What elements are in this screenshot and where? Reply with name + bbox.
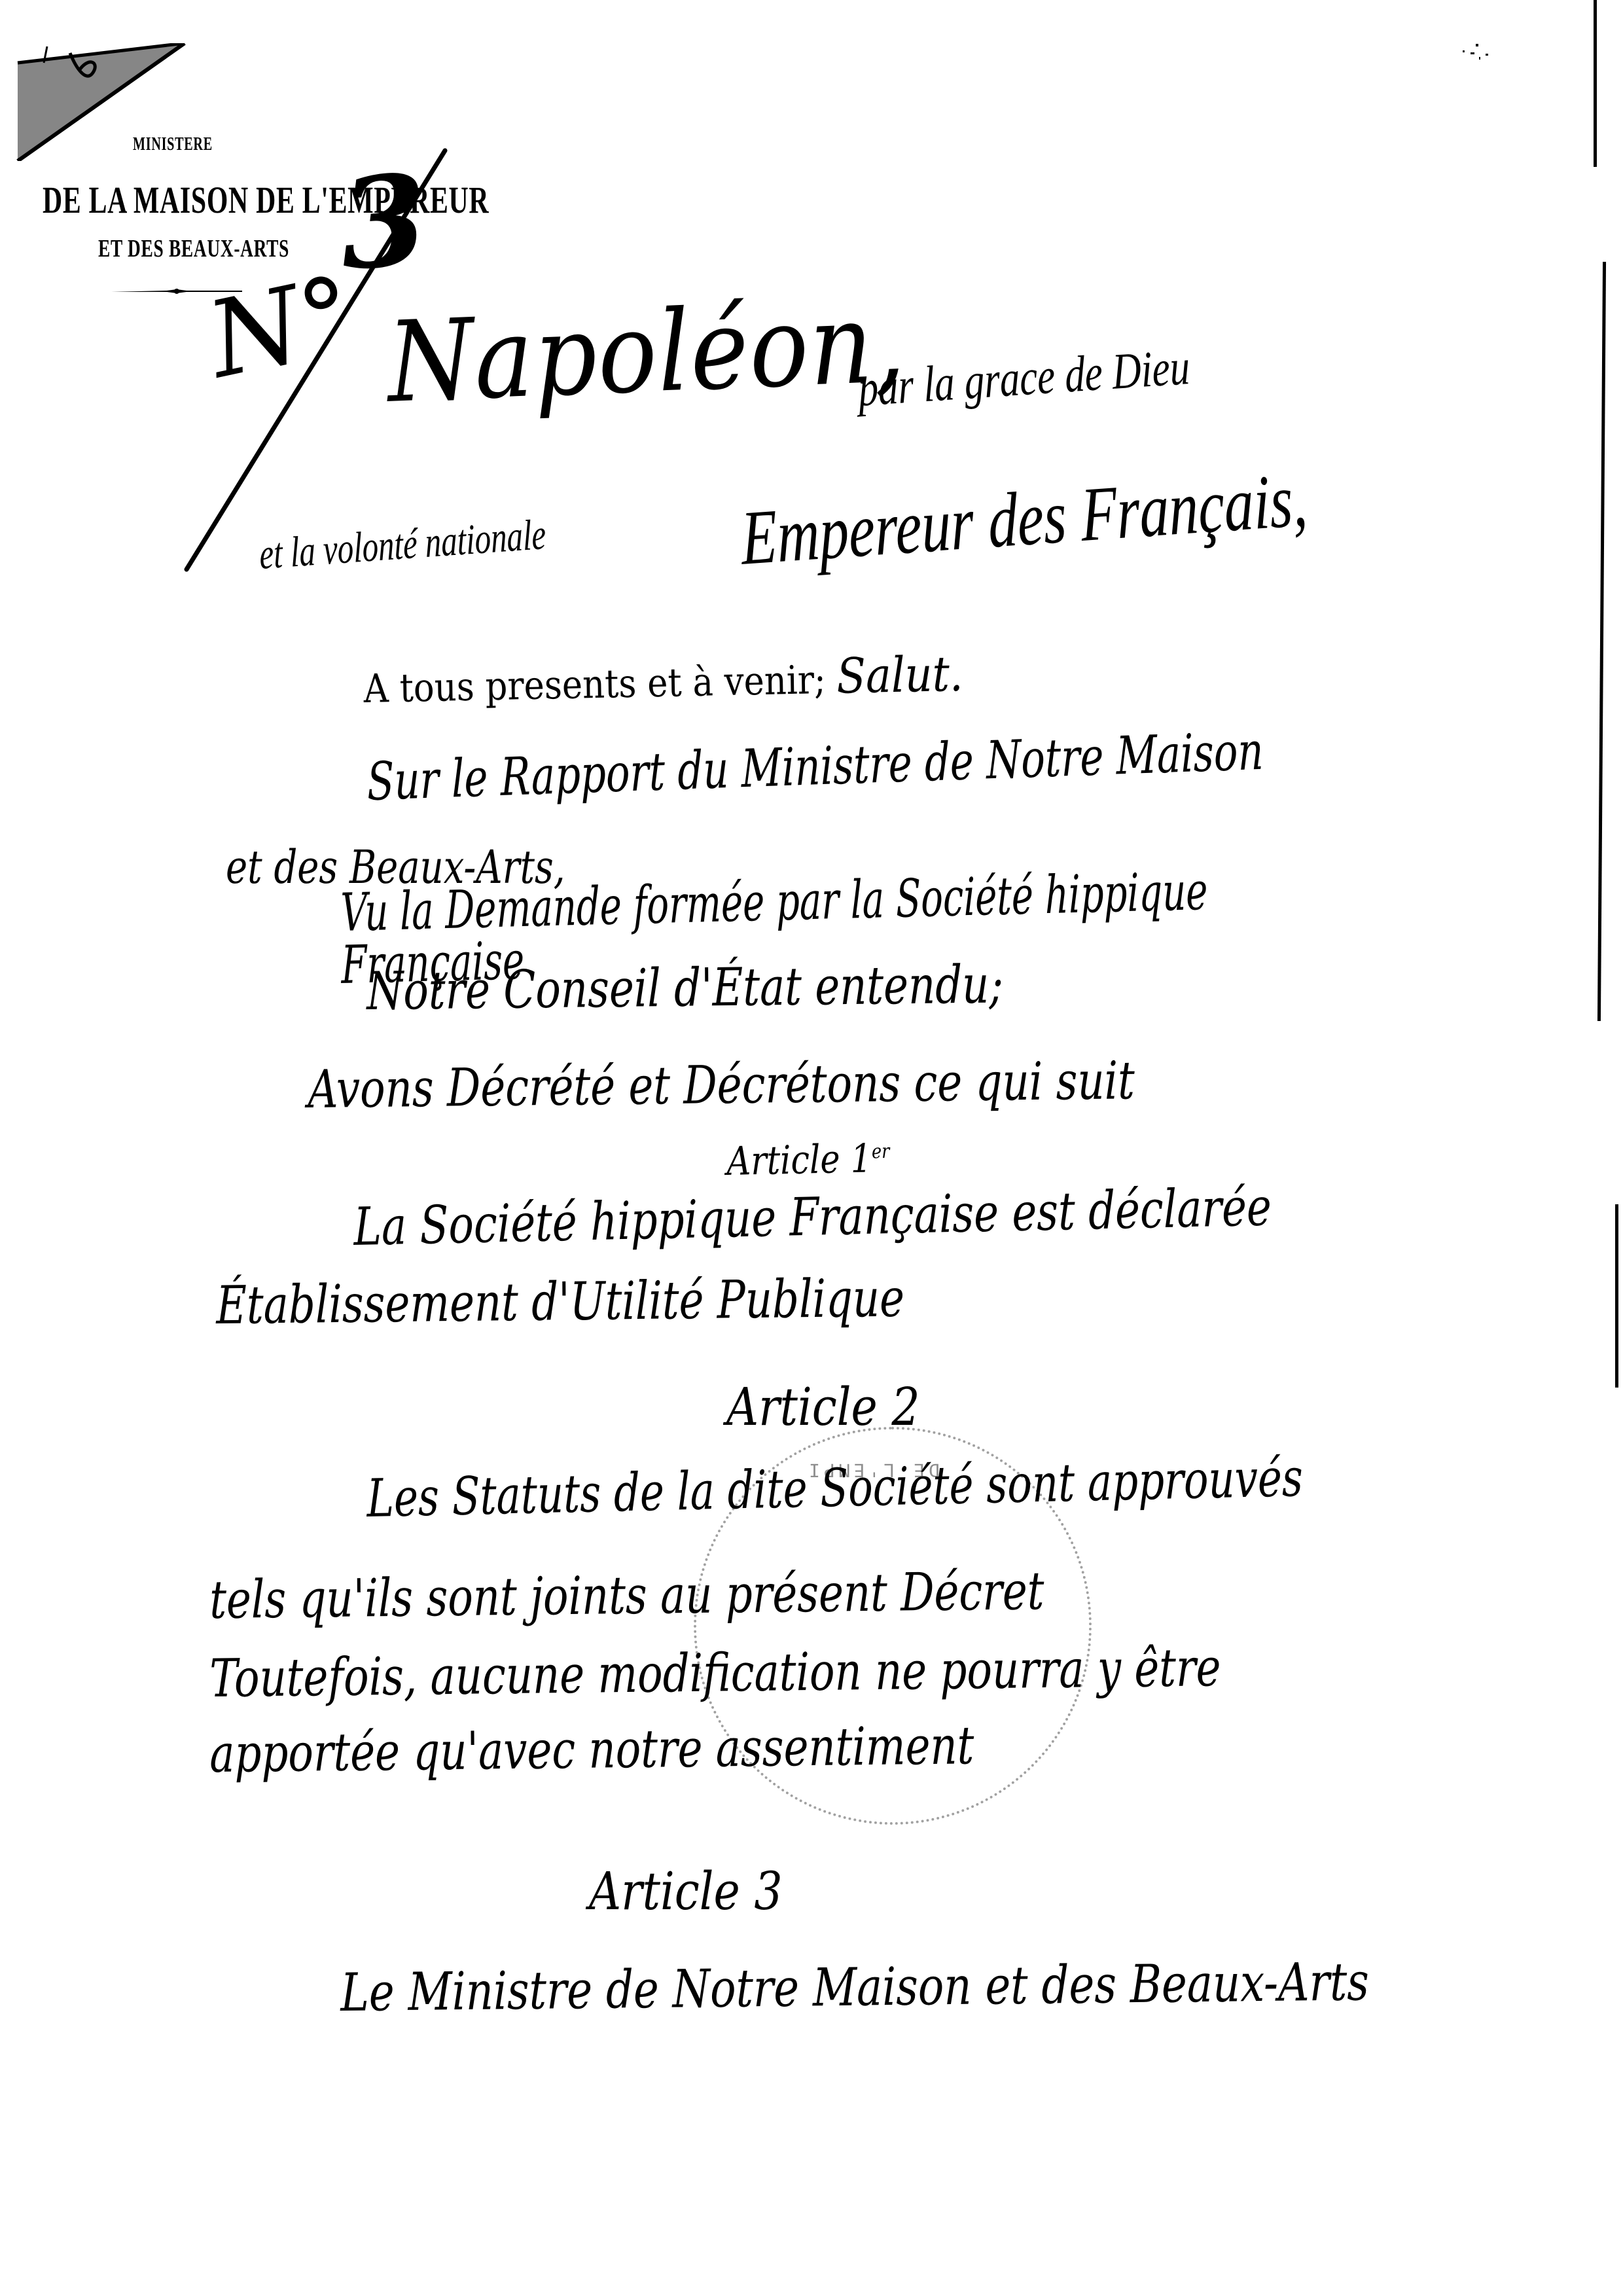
article-2-line-1: Les Statuts de la dite Société sont appr… [366, 1452, 1303, 1525]
article-2-heading: Article 2 [726, 1381, 920, 1433]
preamble-conseil-etat: Notre Conseil d'État entendu; [366, 958, 1003, 1018]
article-1-heading-text: Article 1 [726, 1136, 872, 1185]
article-2-line-4: apportée qu'avec notre assentiment [209, 1719, 974, 1780]
article-1-line-2: Établissement d'Utilité Publique [216, 1272, 904, 1332]
scan-specks [1456, 43, 1502, 65]
salutation-salut: Salut. [836, 646, 963, 705]
article-3-line-1: Le Ministre de Notre Maison et des Beaux… [340, 1956, 1369, 2019]
salutation-text: A tous presents et à venir; [363, 657, 826, 712]
title-empereur-des-francais: Empereur des Français, [740, 455, 1309, 583]
binding-edge-line [1597, 262, 1606, 1021]
article-2-line-3: Toutefois, aucune modification ne pourra… [209, 1641, 1221, 1705]
binding-edge-line [1615, 1204, 1618, 1388]
title-grace-de-dieu: par la grace de Dieu [857, 341, 1190, 414]
decree-formula: Avons Décrété et Décrétons ce qui suit [308, 1054, 1135, 1116]
title-napoleon: Napoléon, [386, 287, 908, 419]
article-3-heading: Article 3 [589, 1865, 783, 1918]
binding-edge-line [1594, 0, 1597, 167]
article-1-line-1: La Société hippique Française est déclar… [353, 1181, 1272, 1253]
article-2-line-2: tels qu'ils sont joints au présent Décre… [209, 1565, 1044, 1626]
article-1-heading-sup: er [872, 1140, 890, 1164]
article-1-heading: Article 1er [726, 1139, 890, 1181]
salutation-line: A tous presents et à venir; Salut. [363, 646, 963, 714]
preamble-rapport: Sur le Rapport du Ministre de Notre Mais… [366, 725, 1264, 808]
